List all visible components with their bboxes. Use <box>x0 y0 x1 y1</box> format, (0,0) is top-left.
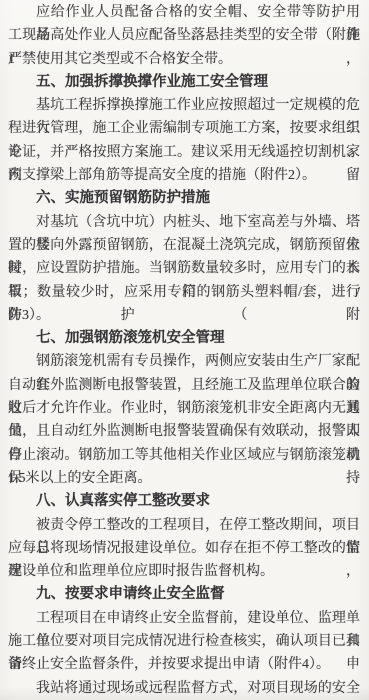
document-page: 应给作业人员配备合格的安全帽、安全带等防护用品。施工现场高处作业人员应配备坠落悬… <box>0 0 369 700</box>
text-line: 工程项目在申请终止安全监督前，建设单位、监理单位和 <box>8 607 360 630</box>
text-line: 应给作业人员配备合格的安全帽、安全带等防护用品。施 <box>8 1 360 24</box>
section-heading: 六、实施预留钢筋防护措施 <box>8 187 360 210</box>
text-line: 基坑工程拆撑换撑施工作业应按照超过一定规模的危大工 <box>8 94 360 117</box>
text-line: 被责令停工整改的工程项目，在停工整改期间，项目总监 <box>8 514 360 537</box>
text-line: 工现场高处作业人员应配备坠落悬挂类型的安全带（附件1）， <box>8 24 360 47</box>
text-line: 自动红外监测断电报警装置，且经施工及监理单位联合验收通 <box>8 374 360 397</box>
text-line: 罩；数量较少时，应采用专门的钢筋头塑料帽/套，进行防护（附 <box>8 281 360 304</box>
text-line: 内支撑梁上部角筋等提高安全度的措施（附件2）。 <box>8 164 360 187</box>
text-line: 论证，并严格按照方案施工。建议采用无线遥控切割机、预留 <box>8 141 360 164</box>
text-line: 置的竖向外露预留钢筋，在混凝土浇筑完成，钢筋预留未接长 <box>8 234 360 257</box>
text-line: 员，且自动红外监测断电报警装置确保有效联动，报警即自动 <box>8 420 360 443</box>
text-line: 时，应设置防护措施。当钢筋数量较多时，应用专门的木板箱/ <box>8 257 360 280</box>
text-line: 过后才允许作业。作业时，钢筋滚笼机非安全距离内无其他人 <box>8 397 360 420</box>
section-heading: 八、认真落实停工整改要求 <box>8 490 360 513</box>
section-heading: 九、按要求申请终止安全监督 <box>8 583 360 606</box>
text-line: 我站将通过现场或远程监督方式，对项目现场的安全生产 <box>8 677 360 700</box>
text-line: 请终止安全监督条件，并按要求提出申请（附件4）。 <box>8 653 360 676</box>
text-line: 应每日将现场情况报建设单位。如存在拒不停工整改的情况， <box>8 537 360 560</box>
text-line: 施工单位要对项目完成情况进行检查核实，确认项目已具备申 <box>8 630 360 653</box>
text-line: 对基坑（含坑中坑）内桩头、地下室高差与外墙、塔楼位 <box>8 211 360 234</box>
section-heading: 五、加强拆撑换撑作业施工安全管理 <box>8 71 360 94</box>
text-line: 停止滚动。钢筋加工等其他相关作业区域应与钢筋滚笼机保持 <box>8 444 360 467</box>
section-heading: 七、加强钢筋滚笼机安全管理 <box>8 327 360 350</box>
text-line: 钢筋滚笼机需有专员操作，两侧应安装由生产厂家配套的 <box>8 350 360 373</box>
text-line: 程进行管理，施工企业需编制专项施工方案，按要求组织专家 <box>8 117 360 140</box>
